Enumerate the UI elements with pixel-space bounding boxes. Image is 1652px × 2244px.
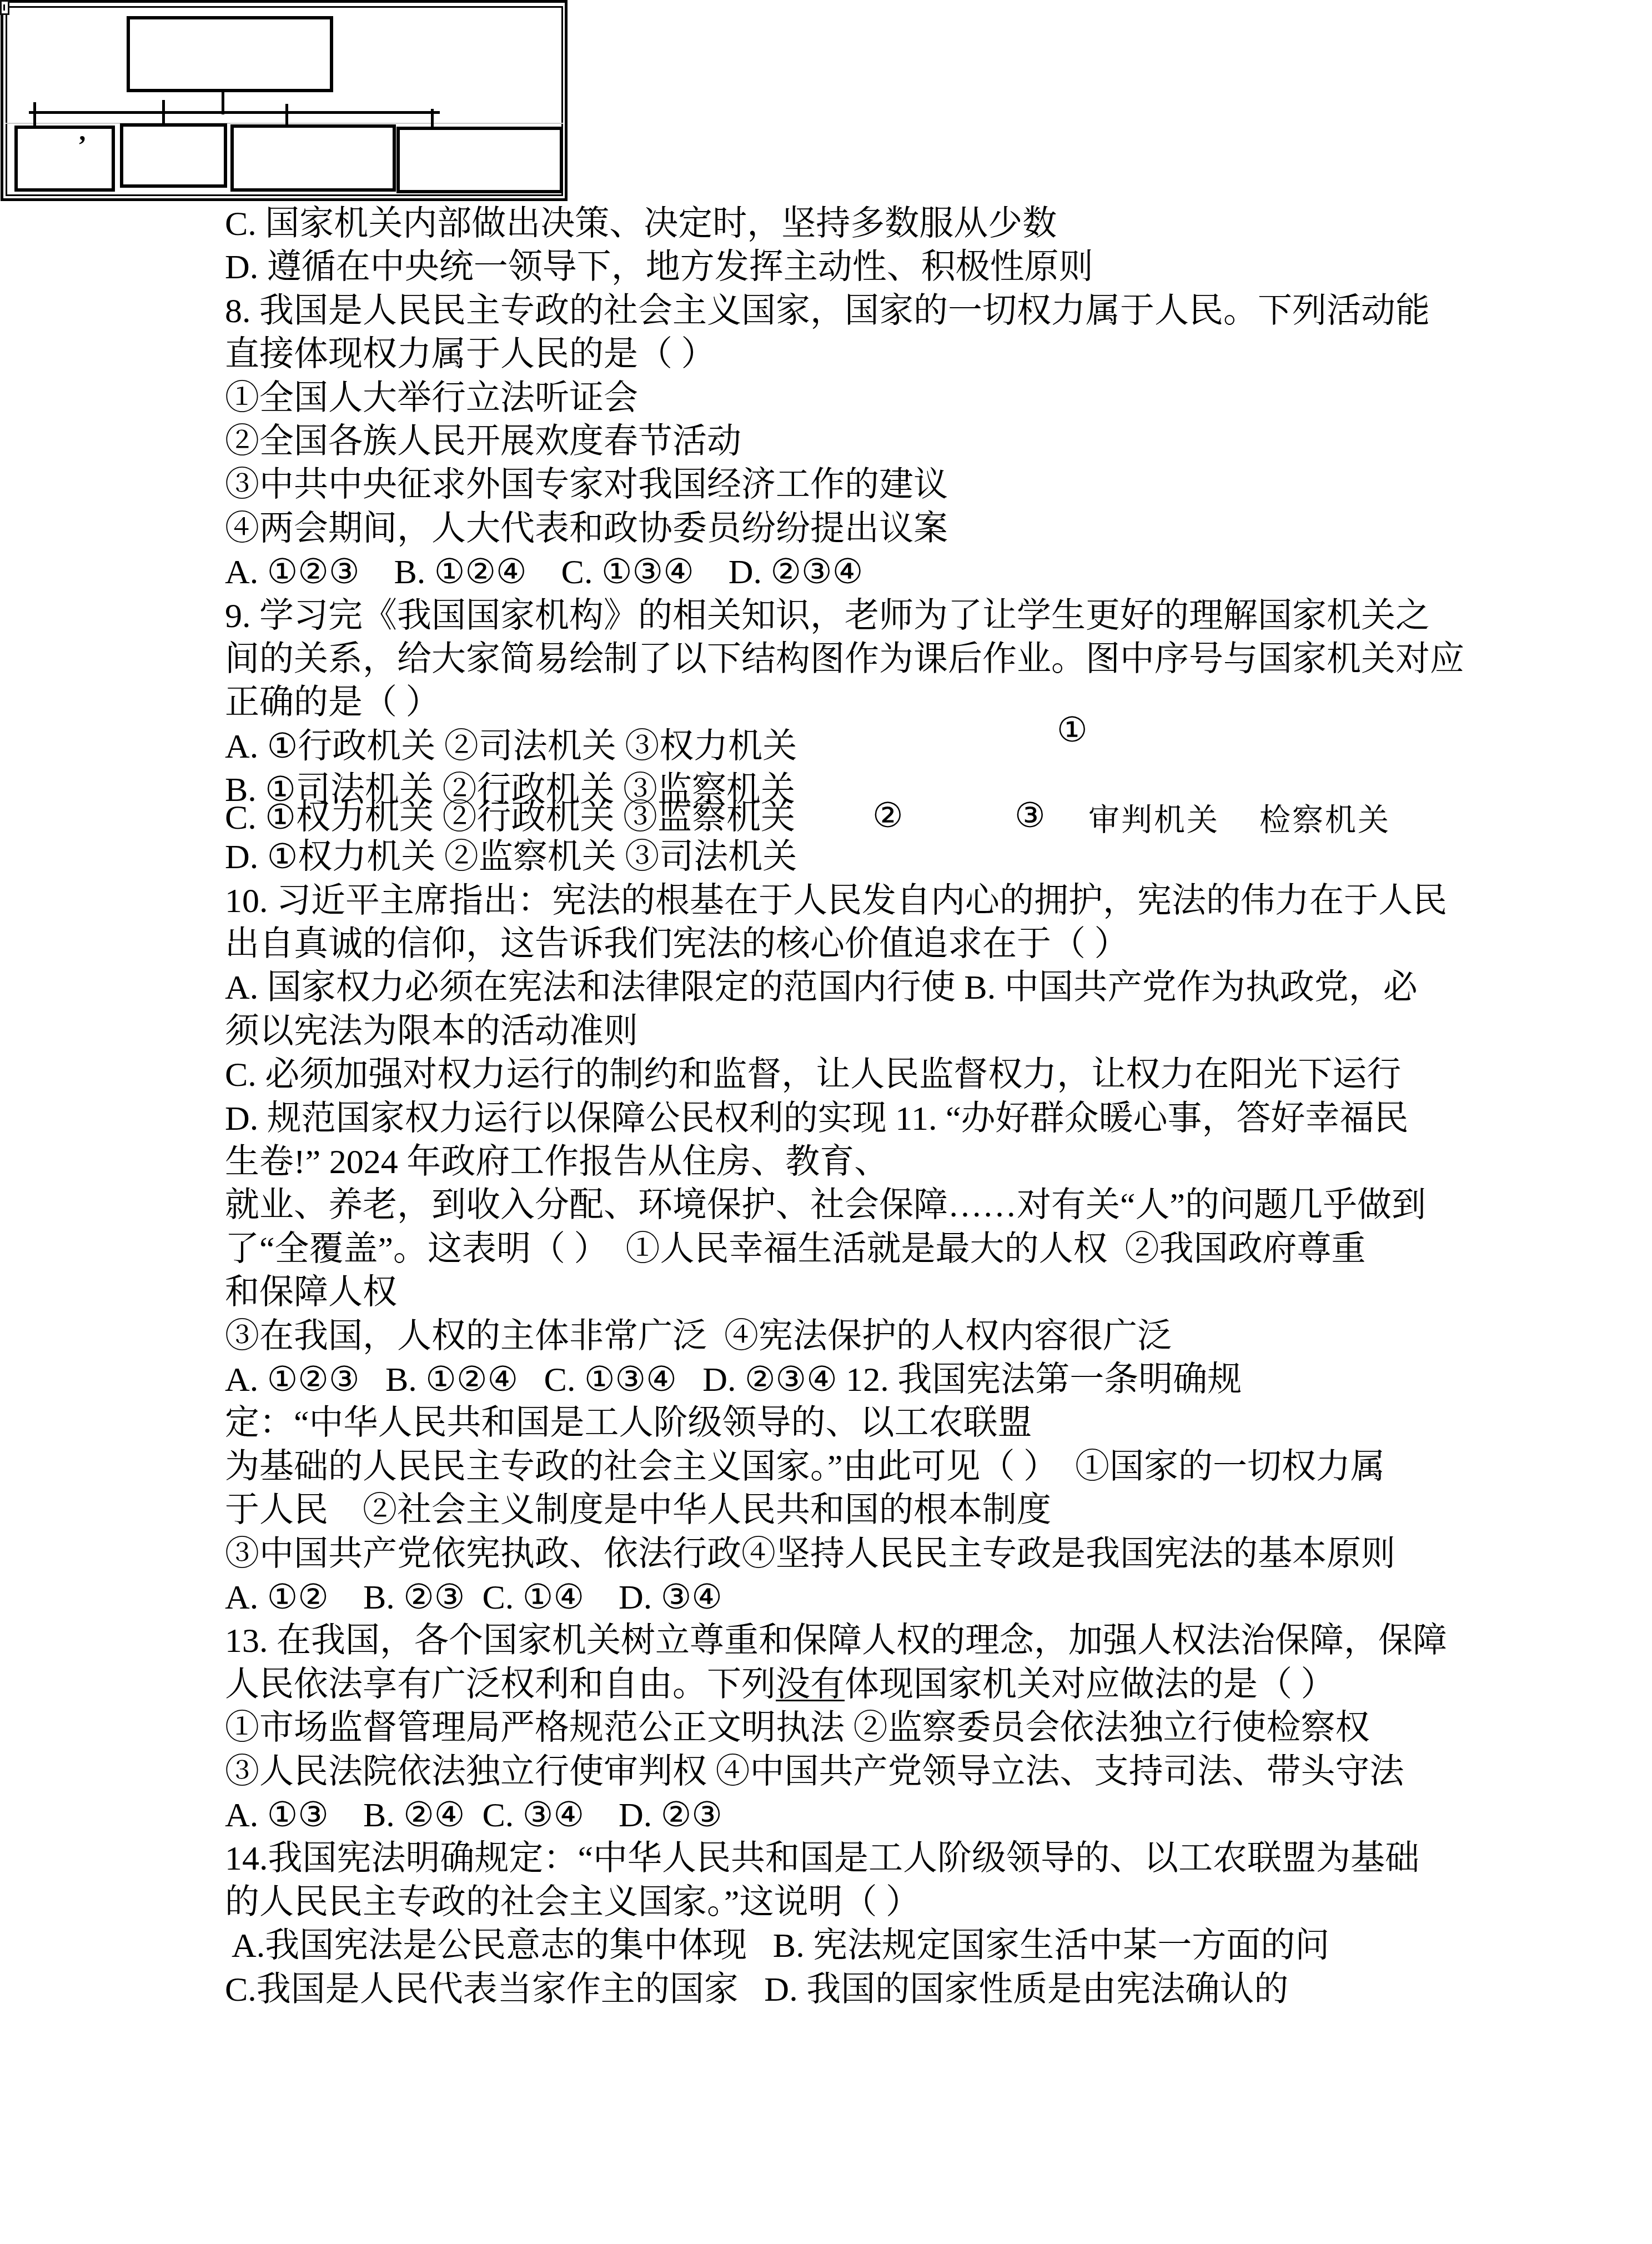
q14-options-a-b: A.我国宪法是公民意志的集中体现 B. 宪法规定国家生活中某一方面的问 [225,1924,1569,1967]
org-chart-box-2 [120,123,227,188]
q11-items-3-4: ③在我国，人权的主体非常广泛 ④宪法保护的人权内容很广泛 [225,1315,1569,1358]
q11-choices-q12-stem-1: A. ①②③ B. ①②④ C. ①③④ D. ②③④ 12. 我国宪法第一条明… [225,1358,1569,1401]
exam-text-block: C. 国家机关内部做出决策、决定时，坚持多数服从少数 D. 遵循在中央统一领导下… [225,202,1569,2011]
q10-option-b-cont: 须以宪法为限本的活动准则 [225,1010,1569,1053]
q12-items-1-2: 于人民 ②社会主义制度是中华人民共和国的根本制度 [225,1489,1569,1532]
q11-stem-2: 生卷!” 2024 年政府工作报告从住房、教育、 [225,1140,1569,1184]
q13-stem-1: 13. 在我国，各个国家机关树立尊重和保障人权的理念，加强人权法治保障，保障 [225,1619,1569,1662]
q9-stem-2: 间的关系，给大家简易绘制了以下结构图作为课后作业。图中序号与国家机关对应 [225,638,1569,681]
scan-artifact-corner-box [0,0,9,15]
q11-item-2-cont: 和保障人权 [225,1271,1569,1314]
org-chart-box-3 [230,124,396,192]
org-chart-horizontal-connector [29,111,440,114]
q11-stem-3: 就业、养老，到收入分配、环境保护、社会保障……对有关“人”的问题几乎做到 [225,1184,1569,1227]
q14-stem-2: 的人民民主专政的社会主义国家。”这说明（ ） [225,1881,1569,1924]
q8-stem-1: 8. 我国是人民民主专政的社会主义国家，国家的一切权力属于人民。下列活动能 [225,289,1569,333]
q14-stem-1: 14.我国宪法明确规定：“中华人民共和国是工人阶级领导的、以工农联盟为基础 [225,1837,1569,1880]
org-chart-top-box [127,16,333,92]
q12-items-3-4: ③中国共产党依宪执政、依法行政④坚持人民民主专政是我国宪法的基本原则 [225,1532,1569,1576]
org-chart-box-4 [396,127,563,193]
q8-item-1: ①全国人大举行立法听证会 [225,377,1569,420]
q13-choices: A. ①③ B. ②④ C. ③④ D. ②③ [225,1794,1569,1837]
q7-option-d: D. 遵循在中央统一领导下，地方发挥主动性、积极性原则 [225,246,1569,289]
org-chart: ’ [0,0,575,207]
scan-artifact-line [6,123,563,124]
q9-stem-1: 9. 学习完《我国国家机构》的相关知识，老师为了让学生更好的理解国家机关之 [225,594,1569,638]
q8-stem-2: 直接体现权力属于人民的是（ ） [225,333,1569,376]
q13-stem-2: 人民依法享有广泛权利和自由。下列没有体现国家机关对应做法的是（ ） [225,1663,1569,1706]
q10-stem-1: 10. 习近平主席指出：宪法的根基在于人民发自内心的拥护，宪法的伟力在于人民 [225,879,1569,923]
scan-artifact-tick [3,4,5,11]
q9-option-c: C. ①权力机关 ②行政机关 ③监察机关 [225,796,1569,839]
q12-stem-3-item-1: 为基础的人民民主专政的社会主义国家。”由此可见（ ） ①国家的一切权力属 [225,1445,1569,1489]
q12-stem-2: 定：“中华人民共和国是工人阶级领导的、以工农联盟 [225,1401,1569,1445]
q13-items-1-2: ①市场监督管理局严格规范公正文明执法 ②监察委员会依法独立行使检察权 [225,1706,1569,1750]
q10-option-c: C. 必须加强对权力运行的制约和监督，让人民监督权力，让权力在阳光下运行 [225,1053,1569,1096]
q7-option-c: C. 国家机关内部做出决策、决定时，坚持多数服从少数 [225,202,1569,246]
comma-artifact: ’ [78,130,87,161]
q10-option-d-q11-stem-1: D. 规范国家权力运行以保障公民权利的实现 11. “办好群众暖心事，答好幸福民 [225,1097,1569,1140]
exam-page: ’ ① ② ③ 审判机关 检察机关 C. 国家机关内部做出决策、决定时，坚持多数… [0,0,1652,2244]
q9-option-a: A. ①行政机关 ②司法机关 ③权力机关 [225,725,1569,768]
q10-stem-2: 出自真诚的信仰，这告诉我们宪法的核心价值追求在于（ ） [225,923,1569,966]
q9-option-d: D. ①权力机关 ②监察机关 ③司法机关 [225,835,1569,879]
q13-items-3-4: ③人民法院依法独立行使审判权 ④中国共产党领导立法、支持司法、带头守法 [225,1750,1569,1794]
q9-stem-3: 正确的是（ ） [225,681,1569,724]
q14-options-c-d: C.我国是人民代表当家作主的国家 D. 我国的国家性质是由宪法确认的 [225,1968,1569,2011]
q13-stem-2-post: 体现国家机关对应做法的是（ ） [845,1666,1335,1704]
q13-stem-2-pre: 人民依法享有广泛权利和自由。下列 [225,1666,776,1704]
q8-item-3: ③中共中央征求外国专家对我国经济工作的建议 [225,463,1569,507]
q8-choices: A. ①②③ B. ①②④ C. ①③④ D. ②③④ [225,550,1569,594]
q10-options-a-b: A. 国家权力必须在宪法和法律限定的范国内行使 B. 中国共产党作为执政党，必 [225,966,1569,1009]
org-chart-box-1: ’ [14,126,115,192]
q13-stem-2-underlined: 没有 [776,1666,845,1704]
q8-item-4: ④两会期间，人大代表和政协委员纷纷提出议案 [225,507,1569,550]
q11-stem-4-items-1-2: 了“全覆盖”。这表明（ ） ①人民幸福生活就是最大的人权 ②我国政府尊重 [225,1228,1569,1271]
q12-choices: A. ①② B. ②③ C. ①④ D. ③④ [225,1576,1569,1619]
q8-item-2: ②全国各族人民开展欢度春节活动 [225,420,1569,463]
